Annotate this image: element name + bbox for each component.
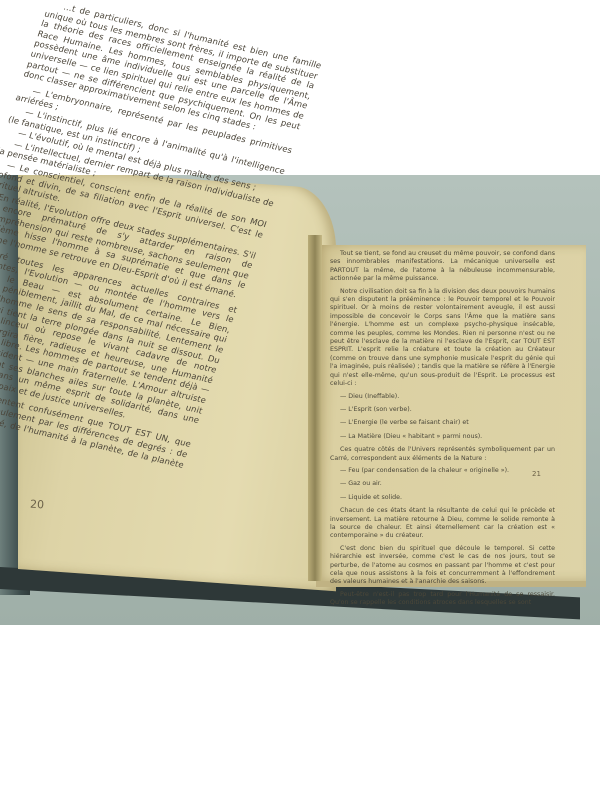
paragraph: Ces quatre côtés de l'Univers représenté… — [330, 446, 555, 463]
list-item: — Feu (par condensation de la chaleur « … — [330, 467, 555, 475]
list-item: — Gaz ou air. — [330, 480, 555, 488]
right-page-text: Tout se tient, se fond au creuset du mêm… — [330, 250, 555, 612]
paragraph: Chacun de ces états étant la résultante … — [330, 507, 555, 541]
book-gutter — [308, 235, 322, 581]
list-item: — L'Energie (le verbe se faisant chair) … — [330, 419, 555, 427]
paragraph: Tout se tient, se fond au creuset du mêm… — [330, 250, 555, 284]
list-item: — Dieu (Ineffable). — [330, 393, 555, 401]
paragraph: C'est donc bien du spirituel que découle… — [330, 545, 555, 587]
paragraph: Notre civilisation doit sa fin à la divi… — [330, 288, 555, 389]
list-item: — L'Esprit (son verbe). — [330, 406, 555, 414]
list-item: — Liquide et solide. — [330, 494, 555, 502]
list-item: — La Matière (Dieu « habitant » parmi no… — [330, 433, 555, 441]
paragraph: Peut-être n'est-il pas trop tard pour l'… — [330, 591, 555, 608]
page-number-left: 20 — [30, 498, 45, 512]
page-number-right: 21 — [532, 470, 541, 478]
